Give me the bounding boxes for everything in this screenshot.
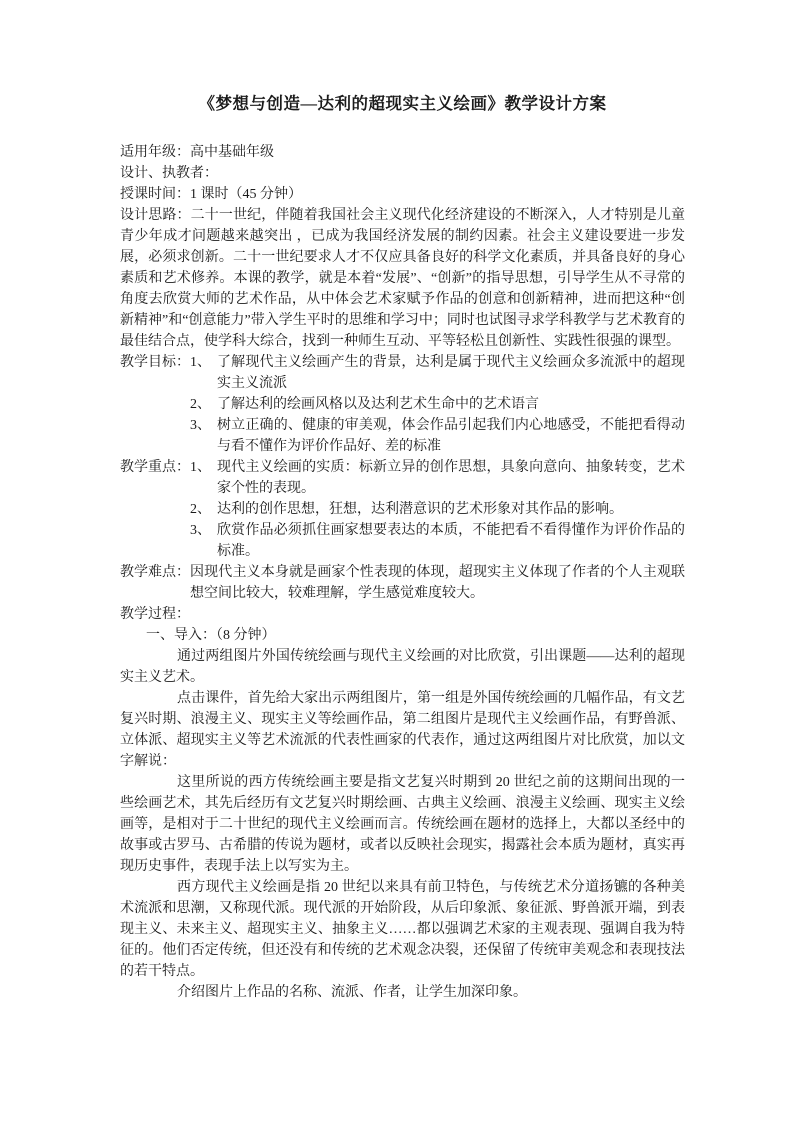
process-paragraph: 介绍图片上作品的名称、流派、作者，让学生加深印象。: [120, 982, 685, 1003]
list-item: 3、 树立正确的、健康的审美观，体会作品引起我们内心地感受，不能把看得动与看不懂…: [190, 415, 685, 457]
item-marker: 1、: [190, 457, 217, 478]
section-key-points: 教学重点： 1、 现代主义绘画的实质：标新立异的创作思想，具象向意向、抽象转变，…: [120, 457, 685, 562]
meta-line-grade: 适用年级：高中基础年级: [120, 142, 685, 163]
meta-value: 1 课时（45 分钟）: [190, 187, 302, 202]
section-objectives: 教学目标： 1、 了解现代主义绘画产生的背景，达利是属于现代主义绘画众多流派中的…: [120, 352, 685, 457]
objectives-list: 1、 了解现代主义绘画产生的背景，达利是属于现代主义绘画众多流派中的超现实主义流…: [190, 352, 685, 457]
section-label: 教学目标：: [120, 352, 190, 373]
page-title: 《梦想与创造—达利的超现实主义绘画》教学设计方案: [120, 92, 685, 116]
meta-line-designer: 设计、执教者：: [120, 163, 685, 184]
section-label: 教学难点：: [120, 562, 190, 583]
section-label: 设计思路：: [120, 208, 191, 223]
section-difficulties: 教学难点： 因现代主义本身就是画家个性表现的体现，超现实主义体现了作者的个人主观…: [120, 562, 685, 604]
list-item: 2、 了解达利的绘画风格以及达利艺术生命中的艺术语言: [190, 394, 685, 415]
key-points-list: 1、 现代主义绘画的实质：标新立异的创作思想，具象向意向、抽象转变，艺术家个性的…: [190, 457, 685, 562]
process-paragraph: 西方现代主义绘画是指 20 世纪以来具有前卫特色，与传统艺术分道扬镳的各种美术流…: [120, 877, 685, 982]
list-item: 1、 了解现代主义绘画产生的背景，达利是属于现代主义绘画众多流派中的超现实主义流…: [190, 352, 685, 394]
process-paragraph: 这里所说的西方传统绘画主要是指文艺复兴时期到 20 世纪之前的这期间出现的一些绘…: [120, 772, 685, 877]
list-item: 2、 达利的创作思想，狂想，达利潜意识的艺术形象对其作品的影响。: [190, 499, 685, 520]
process-paragraph: 通过两组图片外国传统绘画与现代主义绘画的对比欣赏，引出课题——达利的超现实主义艺…: [120, 646, 685, 688]
document-page: 《梦想与创造—达利的超现实主义绘画》教学设计方案 适用年级：高中基础年级 设计、…: [0, 0, 800, 1131]
item-text: 了解达利的绘画风格以及达利艺术生命中的艺术语言: [217, 394, 685, 415]
item-marker: 1、: [190, 352, 217, 373]
item-text: 欣赏作品必须抓住画家想要表达的本质，不能把看不看得懂作为评价作品的标准。: [217, 520, 685, 562]
item-marker: 2、: [190, 499, 217, 520]
item-text: 达利的创作思想，狂想，达利潜意识的艺术形象对其作品的影响。: [217, 499, 685, 520]
meta-value: 高中基础年级: [190, 145, 274, 160]
list-item: 3、 欣赏作品必须抓住画家想要表达的本质，不能把看不看得懂作为评价作品的标准。: [190, 520, 685, 562]
process-step-heading: 一、导入：（8 分钟）: [120, 625, 685, 646]
item-text: 现代主义绘画的实质：标新立异的创作思想，具象向意向、抽象转变，艺术家个性的表现。: [217, 457, 685, 499]
section-text: 因现代主义本身就是画家个性表现的体现，超现实主义体现了作者的个人主观联想空间比较…: [190, 562, 685, 604]
meta-label: 授课时间：: [120, 187, 190, 202]
item-marker: 3、: [190, 415, 217, 436]
meta-line-duration: 授课时间：1 课时（45 分钟）: [120, 184, 685, 205]
list-item: 1、 现代主义绘画的实质：标新立异的创作思想，具象向意向、抽象转变，艺术家个性的…: [190, 457, 685, 499]
process-paragraph: 点击课件，首先给大家出示两组图片，第一组是外国传统绘画的几幅作品，有文艺复兴时期…: [120, 688, 685, 772]
item-marker: 3、: [190, 520, 217, 541]
process-heading: 教学过程：: [120, 604, 685, 625]
item-marker: 2、: [190, 394, 217, 415]
meta-label: 设计、执教者：: [120, 166, 218, 181]
section-label: 教学重点：: [120, 457, 190, 478]
section-text: 二十一世纪，伴随着我国社会主义现代化经济建设的不断深入，人才特别是儿童青少年成才…: [120, 208, 685, 349]
item-text: 了解现代主义绘画产生的背景，达利是属于现代主义绘画众多流派中的超现实主义流派: [217, 352, 685, 394]
section-design-idea: 设计思路：二十一世纪，伴随着我国社会主义现代化经济建设的不断深入，人才特别是儿童…: [120, 205, 685, 352]
meta-label: 适用年级：: [120, 145, 190, 160]
item-text: 树立正确的、健康的审美观，体会作品引起我们内心地感受，不能把看得动与看不懂作为评…: [217, 415, 685, 457]
